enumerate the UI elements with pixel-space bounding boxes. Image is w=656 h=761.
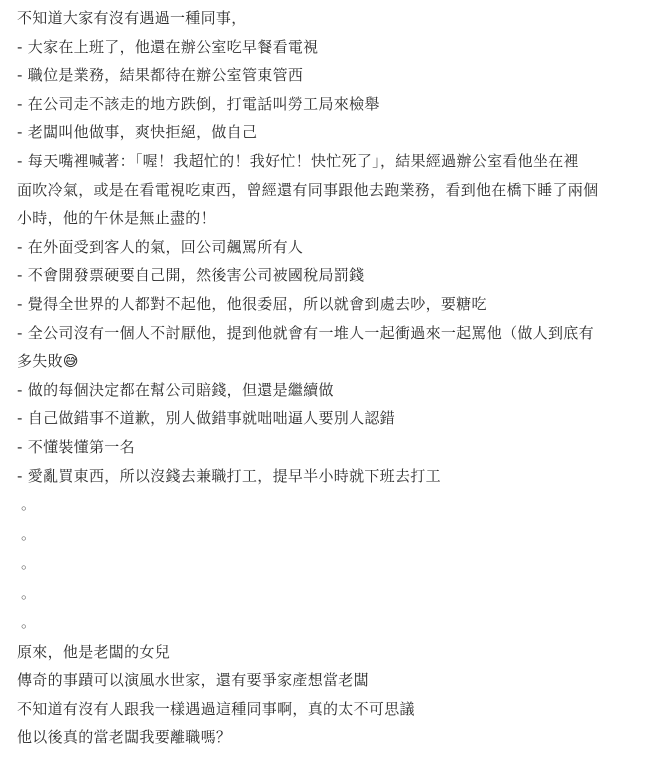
ending-line: 他以後真的當老闆我要離職嗎？	[17, 723, 647, 752]
list-item: - 大家在上班了，他還在辦公室吃早餐看電視	[17, 33, 647, 62]
ellipsis-dot: 。	[17, 579, 647, 609]
list-item: - 每天嘴裡喊著：「喔！我超忙的！我好忙！快忙死了」，結果經過辦公室看他坐在裡	[17, 147, 647, 176]
post-body: 不知道大家有沒有遇過一種同事， - 大家在上班了，他還在辦公室吃早餐看電視 - …	[0, 0, 647, 752]
grinning-sweat-emoji-icon: 😅	[63, 352, 79, 370]
list-item: - 在公司走不該走的地方跌倒，打電話叫勞工局來檢舉	[17, 90, 647, 119]
post-intro: 不知道大家有沒有遇過一種同事，	[17, 4, 647, 33]
list-item: - 不會開發票硬要自己開，然後害公司被國稅局罰錢	[17, 261, 647, 290]
list-item-continued: 多失敗😅	[17, 347, 647, 376]
ellipsis-dot: 。	[17, 549, 647, 579]
list-item: - 覺得全世界的人都對不起他，他很委屈，所以就會到處去吵，要糖吃	[17, 290, 647, 319]
list-item: - 全公司沒有一個人不討厭他，提到他就會有一堆人一起衝過來一起罵他（做人到底有	[17, 319, 647, 348]
ellipsis-dot: 。	[17, 490, 647, 520]
list-item-text: 多失敗	[17, 352, 63, 370]
list-item-continued: 小時，他的午休是無止盡的！	[17, 204, 647, 233]
ending-line: 傳奇的事蹟可以演風水世家，還有要爭家產想當老闆	[17, 666, 647, 695]
list-item: - 不懂裝懂第一名	[17, 433, 647, 462]
list-item: - 愛亂買東西，所以沒錢去兼職打工，提早半小時就下班去打工	[17, 462, 647, 491]
ending-line: 不知道有沒有人跟我一樣遇過這種同事啊，真的太不可思議	[17, 695, 647, 724]
list-item: - 做的每個決定都在幫公司賠錢，但還是繼續做	[17, 376, 647, 405]
ending-line: 原來，他是老闆的女兒	[17, 638, 647, 667]
list-item-continued: 面吹冷氣，或是在看電視吃東西，曾經還有同事跟他去跑業務，看到他在橋下睡了兩個	[17, 176, 647, 205]
ellipsis-dot: 。	[17, 520, 647, 550]
list-item: - 在外面受到客人的氣，回公司飆罵所有人	[17, 233, 647, 262]
list-item: - 職位是業務，結果都待在辦公室管東管西	[17, 61, 647, 90]
list-item: - 自己做錯事不道歉，別人做錯事就咄咄逼人要別人認錯	[17, 404, 647, 433]
ellipsis-dot: 。	[17, 608, 647, 638]
list-item: - 老闆叫他做事，爽快拒絕，做自己	[17, 118, 647, 147]
